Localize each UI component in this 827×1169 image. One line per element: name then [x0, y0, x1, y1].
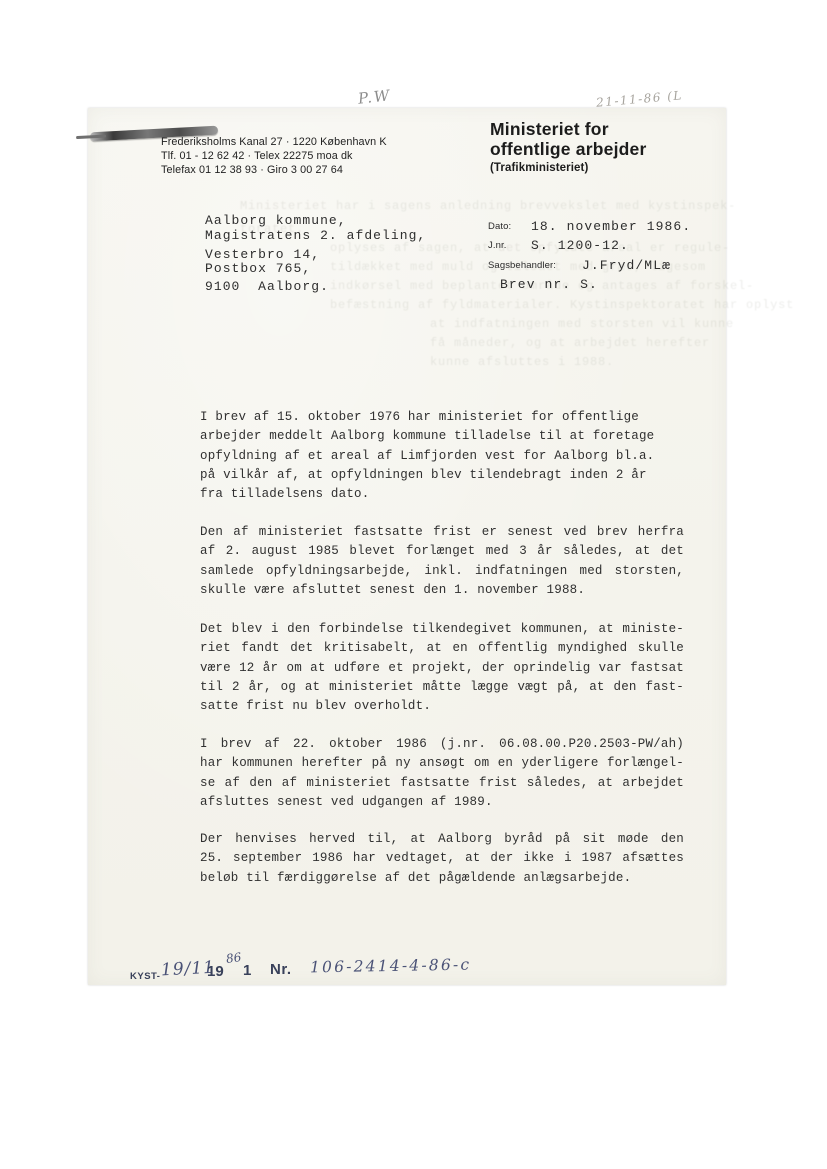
text-line: I brev af 22. oktober 1986 (j.nr. 06.08.… [200, 735, 684, 754]
text-line: beløb til færdiggørelse af det pågældend… [200, 869, 684, 888]
body-paragraph-2: Den af ministeriet fastsatte frist er se… [200, 523, 684, 600]
text-line: samlede opfyldningsarbejde, inkl. indfat… [200, 562, 684, 581]
text-line: afsluttes senest ved udgangen af 1989. [200, 793, 684, 812]
bleed-through-line: få måneder, og at arbejdet herefter [430, 336, 710, 350]
body-paragraph-4: I brev af 22. oktober 1986 (j.nr. 06.08.… [200, 735, 684, 812]
body-paragraph-3: Det blev i den forbindelse tilkendegivet… [200, 620, 684, 716]
body-paragraph-1: I brev af 15. oktober 1976 har ministeri… [200, 408, 684, 504]
text-line: af 2. august 1985 blevet forlænget med 3… [200, 542, 684, 561]
text-line: Det blev i den forbindelse tilkendegivet… [200, 620, 684, 639]
journal-number-label: J.nr. [488, 238, 506, 251]
text-line: skulle være afsluttet senest den 1. nove… [200, 581, 684, 600]
stamp-printed-year: 19 [207, 963, 224, 980]
letter-page: Ministeriet har i sagens anledning brevv… [88, 108, 726, 985]
stamp-prefix: KYST- [130, 971, 160, 982]
letter-meta-block: Dato: 18. november 1986. J.nr. S. 1200-1… [88, 108, 726, 308]
scanned-letter-screenshot: { "annotations": { "top_center": "P.W", … [0, 0, 827, 1169]
handwritten-note-pw: P.W [357, 86, 392, 107]
stamp-nr-label: Nr. [270, 961, 292, 978]
text-line: har kommunen herefter på ny ansøgt om en… [200, 754, 684, 773]
text-line: se af den af ministeriet fastsatte frist… [200, 774, 684, 793]
journal-number-value: S. 1200-12. [531, 238, 629, 253]
text-line: Den af ministeriet fastsatte frist er se… [200, 523, 684, 542]
text-line: arbejder meddelt Aalborg kommune tillade… [200, 427, 684, 446]
text-line: Der henvises herved til, at Aalborg byrå… [200, 830, 684, 849]
text-line: fra tilladelsens dato. [200, 485, 684, 504]
date-value: 18. november 1986. [531, 219, 691, 234]
stamp-handwritten-date: 19/11 [161, 958, 216, 981]
stamp-printed-digit: 1 [243, 962, 251, 979]
stamp-handwritten-number: 106-2414-4-86-c [310, 956, 472, 977]
caseworker-label: Sagsbehandler: [488, 258, 556, 271]
date-label: Dato: [488, 219, 511, 232]
text-line: I brev af 15. oktober 1976 har ministeri… [200, 408, 684, 427]
body-paragraph-5: Der henvises herved til, at Aalborg byrå… [200, 830, 684, 888]
handwritten-note-top-right: 21-11-86 (L [596, 88, 684, 110]
stamp-handwritten-year: 86 [225, 950, 242, 966]
letter-number-value: Brev nr. S. [500, 277, 598, 292]
bleed-through-line: at indfatningen med storsten vil kunne [430, 317, 734, 331]
text-line: til 2 år, og at ministeriet måtte lægge … [200, 678, 684, 697]
text-line: 25. september 1986 har vedtaget, at der … [200, 849, 684, 868]
text-line: opfyldning af et areal af Limfjorden ves… [200, 447, 684, 466]
caseworker-value: J.Fryd/MLæ [582, 258, 671, 273]
bleed-through-line: kunne afsluttes i 1988. [430, 355, 614, 369]
text-line: være 12 år om at udføre et projekt, der … [200, 659, 684, 678]
text-line: riet fandt det kritisabelt, at en offent… [200, 639, 684, 658]
text-line: på vilkår af, at opfyldningen blev tilen… [200, 466, 684, 485]
text-line: satte frist nu blev overholdt. [200, 697, 684, 716]
